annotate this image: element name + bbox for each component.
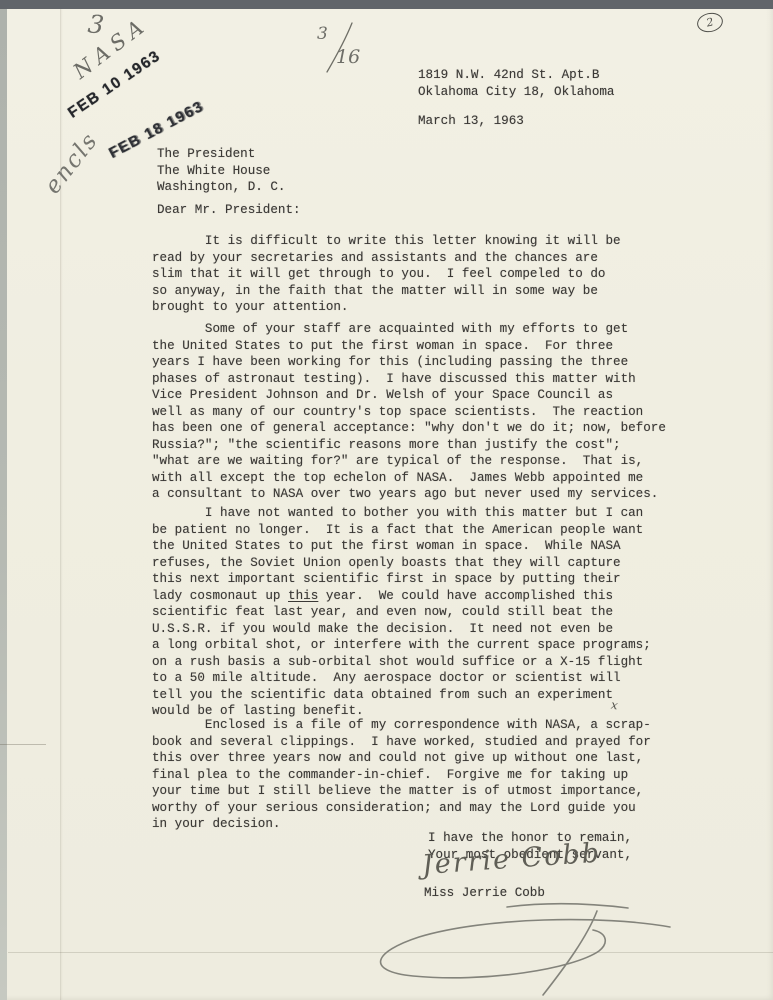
paper-mark-left-margin (0, 744, 46, 745)
paragraph-3-after: year. We could have accomplished this sc… (152, 589, 651, 719)
paragraph-2: Some of your staff are acquainted with m… (152, 321, 682, 503)
recipient-address: The President The White House Washington… (157, 146, 285, 196)
paragraph-1: It is difficult to write this letter kno… (152, 233, 682, 316)
circled-page-number-text: 2 (705, 15, 715, 29)
handwritten-page-number: 3 (87, 9, 106, 40)
scanned-letter-page: 3 NASA FEB 10 1963 FEB 18 1963 encls 3 1… (0, 0, 773, 1000)
pencil-flourish (335, 905, 680, 1000)
handwritten-fraction-denominator: 16 (336, 46, 360, 68)
paragraph-4: Enclosed is a file of my correspondence … (152, 717, 692, 833)
scan-edge-left (0, 9, 7, 1000)
paragraph-3: I have not wanted to bother you with thi… (152, 505, 682, 720)
handwritten-encls-note: encls (40, 127, 104, 199)
sender-address: 1819 N.W. 42nd St. Apt.B Oklahoma City 1… (418, 67, 615, 100)
letter-date: March 13, 1963 (418, 113, 524, 130)
scan-edge-top (0, 0, 773, 9)
paragraph-3-underlined-word: this (288, 589, 318, 603)
salutation: Dear Mr. President: (157, 202, 301, 219)
circled-page-number: 2 (695, 11, 724, 35)
